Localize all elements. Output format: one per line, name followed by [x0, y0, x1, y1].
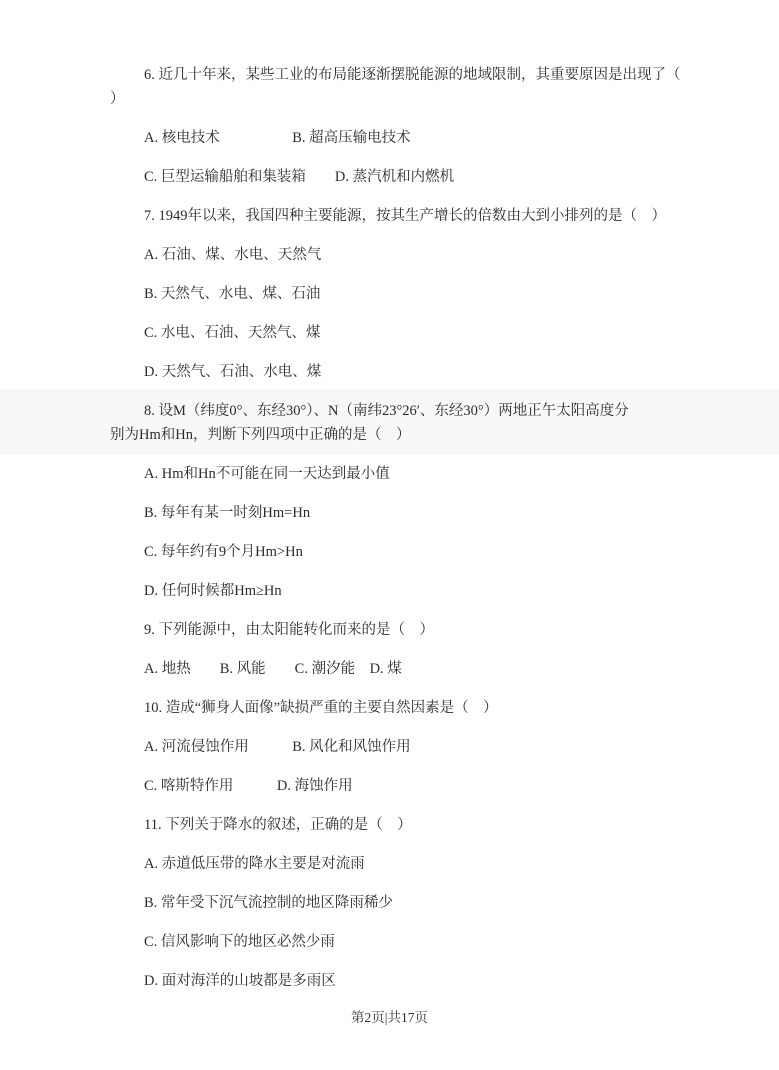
document-page: 6. 近几十年来，某些工业的布局能逐渐摆脱能源的地域限制，其重要原因是出现了（ …	[0, 0, 779, 1070]
page-content: 6. 近几十年来，某些工业的布局能逐渐摆脱能源的地域限制，其重要原因是出现了（ …	[110, 63, 710, 1008]
question-9-options: A. 地热 B. 风能 C. 潮汐能 D. 煤	[110, 657, 710, 681]
question-8-option-b: B. 每年有某一时刻Hm=Hn	[110, 501, 710, 525]
question-10-options-ab: A. 河流侵蚀作用 B. 风化和风蚀作用	[110, 735, 710, 759]
question-6-option-line-cd: C. 巨型运输船舶和集装箱 D. 蒸汽机和内燃机	[110, 165, 710, 189]
question-7-option-d: D. 天然气、石油、水电、煤	[110, 360, 710, 384]
question-6-options-ab: A. 核电技术 B. 超高压输电技术	[110, 126, 710, 150]
question-10-option-line-ab: A. 河流侵蚀作用 B. 风化和风蚀作用	[110, 735, 710, 759]
question-11-option-line-b: B. 常年受下沉气流控制的地区降雨稀少	[110, 891, 710, 915]
question-8-option-line-b: B. 每年有某一时刻Hm=Hn	[110, 501, 710, 525]
question-11-option-line-c: C. 信风影响下的地区必然少雨	[110, 930, 710, 954]
question-9-option-line: A. 地热 B. 风能 C. 潮汐能 D. 煤	[110, 657, 710, 681]
question-9-stem-line-1: 9. 下列能源中，由太阳能转化而来的是（ ）	[110, 618, 710, 642]
question-6-stem-line-1: 6. 近几十年来，某些工业的布局能逐渐摆脱能源的地域限制，其重要原因是出现了（	[110, 63, 710, 87]
question-11-option-line-d: D. 面对海洋的山坡都是多雨区	[110, 969, 710, 993]
question-6-stem-line-2: ）	[110, 87, 710, 111]
question-7-stem: 7. 1949年以来，我国四种主要能源，按其生产增长的倍数由大到小排列的是（ ）	[110, 204, 710, 228]
question-11-stem: 11. 下列关于降水的叙述，正确的是（ ）	[110, 813, 710, 837]
question-8-option-line-d: D. 任何时候都Hm≥Hn	[110, 579, 710, 603]
question-7-option-a: A. 石油、煤、水电、天然气	[110, 243, 710, 267]
question-7-option-line-a: A. 石油、煤、水电、天然气	[110, 243, 710, 267]
question-11-option-line-a: A. 赤道低压带的降水主要是对流雨	[110, 852, 710, 876]
question-7-option-b: B. 天然气、水电、煤、石油	[110, 282, 710, 306]
question-11-option-a: A. 赤道低压带的降水主要是对流雨	[110, 852, 710, 876]
question-8-option-line-a: A. Hm和Hn不可能在同一天达到最小值	[110, 462, 710, 486]
question-6-stem: 6. 近几十年来，某些工业的布局能逐渐摆脱能源的地域限制，其重要原因是出现了（ …	[110, 63, 710, 111]
page-number: 第2页|共17页	[0, 1006, 779, 1030]
question-11-option-c: C. 信风影响下的地区必然少雨	[110, 930, 710, 954]
question-8-option-c: C. 每年约有9个月Hm>Hn	[110, 540, 710, 564]
question-8-option-line-c: C. 每年约有9个月Hm>Hn	[110, 540, 710, 564]
question-10-option-line-cd: C. 喀斯特作用 D. 海蚀作用	[110, 774, 710, 798]
question-8-option-d: D. 任何时候都Hm≥Hn	[110, 579, 710, 603]
question-11-option-b: B. 常年受下沉气流控制的地区降雨稀少	[110, 891, 710, 915]
question-8-stem: 8. 设M（纬度0°、东经30°）、N（南纬23°26′、东经30°）两地正午太…	[110, 399, 710, 447]
question-6-option-line-ab: A. 核电技术 B. 超高压输电技术	[110, 126, 710, 150]
question-7-option-line-d: D. 天然气、石油、水电、煤	[110, 360, 710, 384]
question-7-stem-line-1: 7. 1949年以来，我国四种主要能源，按其生产增长的倍数由大到小排列的是（ ）	[110, 204, 710, 228]
question-9-stem: 9. 下列能源中，由太阳能转化而来的是（ ）	[110, 618, 710, 642]
question-7-option-line-b: B. 天然气、水电、煤、石油	[110, 282, 710, 306]
question-7-option-line-c: C. 水电、石油、天然气、煤	[110, 321, 710, 345]
question-6-options-cd: C. 巨型运输船舶和集装箱 D. 蒸汽机和内燃机	[110, 165, 710, 189]
question-8-stem-line-2: 别为Hm和Hn，判断下列四项中正确的是（ ）	[110, 423, 710, 447]
question-11-option-d: D. 面对海洋的山坡都是多雨区	[110, 969, 710, 993]
question-8-option-a: A. Hm和Hn不可能在同一天达到最小值	[110, 462, 710, 486]
question-10-stem: 10. 造成“狮身人面像”缺损严重的主要自然因素是（ ）	[110, 696, 710, 720]
question-8-stem-line-1: 8. 设M（纬度0°、东经30°）、N（南纬23°26′、东经30°）两地正午太…	[110, 399, 710, 423]
question-7-option-c: C. 水电、石油、天然气、煤	[110, 321, 710, 345]
question-10-options-cd: C. 喀斯特作用 D. 海蚀作用	[110, 774, 710, 798]
question-11-stem-line-1: 11. 下列关于降水的叙述，正确的是（ ）	[110, 813, 710, 837]
question-10-stem-line-1: 10. 造成“狮身人面像”缺损严重的主要自然因素是（ ）	[110, 696, 710, 720]
